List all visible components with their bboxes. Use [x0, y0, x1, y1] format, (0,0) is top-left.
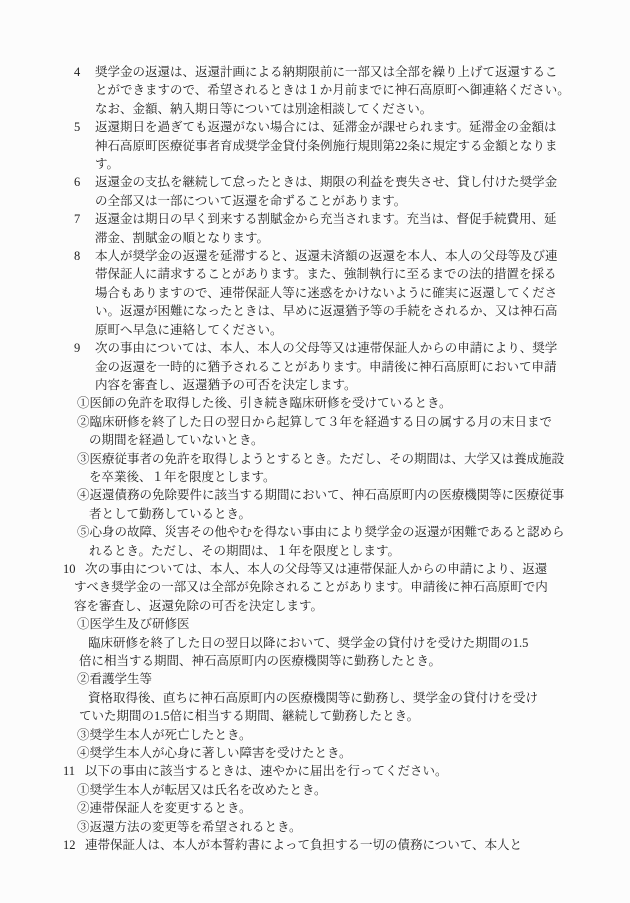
item-7: 7返還金は期日の早く到来する割賦金から充当されます。充当は、督促手続費用、延 滞…	[63, 210, 575, 247]
item-4: 4奨学金の返還は、返還計画による納期限前に一部又は全部を繰り上げて返還するこ と…	[63, 63, 575, 118]
clause-text: ②連帯保証人を変更するとき。	[77, 801, 252, 815]
clause-text: 次の事由については、本人、本人の父母等又は連帯保証人からの申請により、返還 すべ…	[74, 562, 548, 613]
clause-text: 臨床研修を終了した日の翌日以降において、奨学金の貸付けを受けた期間の1.5 倍に…	[79, 636, 528, 668]
item-number: 6	[63, 173, 95, 191]
clause: ①医師の免許を取得した後、引き続き臨床研修を受けているとき。	[63, 394, 575, 412]
clause-text: ①医師の免許を取得した後、引き続き臨床研修を受けているとき。	[77, 396, 452, 410]
clause-text: ②臨床研修を終了した日の翌日から起算して３年を経過する日の属する月の末日まで の…	[77, 415, 552, 447]
clause: ③返還方法の変更等を希望されるとき。	[63, 818, 575, 836]
item-number: 9	[63, 339, 95, 357]
clause: ①医学生及び研修医	[63, 615, 575, 633]
clause: ④返還債務の免除要件に該当する期間において、神石高原町内の医療機関等に医療従事 …	[63, 486, 575, 523]
clause-text: ④返還債務の免除要件に該当する期間において、神石高原町内の医療機関等に医療従事 …	[77, 488, 564, 520]
clause-text: ②看護学生等	[77, 672, 152, 686]
item-11: 11以下の事由に該当するときは、速やかに届出を行ってください。	[63, 762, 575, 780]
clause: ⑤心身の故障、災害その他やむを得ない事由により奨学金の返還が困難であると認めら …	[63, 523, 575, 560]
item-5: 5返還期日を過ぎても返還がない場合には、延滞金が課せられます。延滞金の金額は 神…	[63, 118, 575, 173]
clause: ③奨学生本人が死亡したとき。	[63, 726, 575, 744]
document-page: 4奨学金の返還は、返還計画による納期限前に一部又は全部を繰り上げて返還するこ と…	[0, 0, 630, 903]
clause: ②連帯保証人を変更するとき。	[63, 799, 575, 817]
clause: 資格取得後、直ちに神石高原町内の医療機関等に勤務し、奨学金の貸付けを受け ていた…	[63, 689, 575, 726]
item-8: 8本人が奨学金の返還を延滞すると、返還未済額の返還を本人、本人の父母等及び連 帯…	[63, 247, 575, 339]
item-number: 7	[63, 210, 95, 228]
clause-text: ①医学生及び研修医	[77, 617, 190, 631]
clause-text: ⑤心身の故障、災害その他やむを得ない事由により奨学金の返還が困難であると認めら …	[77, 525, 565, 557]
item-number: 4	[63, 63, 95, 81]
clause-text: ①奨学生本人が転居又は氏名を改めたとき。	[77, 783, 327, 797]
item-12: 12連帯保証人は、本人が本誓約書によって負担する一切の債務について、本人と	[63, 836, 575, 854]
clause-text: ③奨学生本人が死亡したとき。	[77, 728, 252, 742]
clause: ②臨床研修を終了した日の翌日から起算して３年を経過する日の属する月の末日まで の…	[63, 413, 575, 450]
item-number: 12	[63, 836, 85, 854]
item-10: 10次の事由については、本人、本人の父母等又は連帯保証人からの申請により、返還 …	[63, 560, 575, 615]
clause-text: 次の事由については、本人、本人の父母等又は連帯保証人からの申請により、奨学 金の…	[95, 341, 557, 392]
clause: 臨床研修を終了した日の翌日以降において、奨学金の貸付けを受けた期間の1.5 倍に…	[63, 634, 575, 671]
item-9: 9次の事由については、本人、本人の父母等又は連帯保証人からの申請により、奨学 金…	[63, 339, 575, 394]
item-number: 5	[63, 118, 95, 136]
clause-text: 奨学金の返還は、返還計画による納期限前に一部又は全部を繰り上げて返還するこ とが…	[95, 65, 570, 116]
clause: ②看護学生等	[63, 670, 575, 688]
clause-text: 返還金の支払を継続して怠ったときは、期限の利益を喪失させ、貸し付けた奨学金 の全…	[95, 175, 557, 207]
clause: ③医療従事者の免許を取得しようとするとき。ただし、その期間は、大学又は養成施設 …	[63, 450, 575, 487]
clause-text: 資格取得後、直ちに神石高原町内の医療機関等に勤務し、奨学金の貸付けを受け ていた…	[79, 691, 538, 723]
clause-text: 本人が奨学金の返還を延滞すると、返還未済額の返還を本人、本人の父母等及び連 帯保…	[95, 249, 558, 337]
clause-text: ③返還方法の変更等を希望されるとき。	[77, 820, 302, 834]
clause: ①奨学生本人が転居又は氏名を改めたとき。	[63, 781, 575, 799]
clause: ④奨学生本人が心身に著しい障害を受けたとき。	[63, 744, 575, 762]
clause-text: ④奨学生本人が心身に著しい障害を受けたとき。	[77, 746, 352, 760]
clause-text: 返還金は期日の早く到来する割賦金から充当されます。充当は、督促手続費用、延 滞金…	[95, 212, 557, 244]
clause-text: ③医療従事者の免許を取得しようとするとき。ただし、その期間は、大学又は養成施設 …	[77, 452, 564, 484]
clause-text: 以下の事由に該当するときは、速やかに届出を行ってください。	[85, 764, 448, 778]
item-6: 6返還金の支払を継続して怠ったときは、期限の利益を喪失させ、貸し付けた奨学金 の…	[63, 173, 575, 210]
document-body: 4奨学金の返還は、返還計画による納期限前に一部又は全部を繰り上げて返還するこ と…	[63, 63, 575, 854]
item-number: 10	[63, 560, 85, 578]
item-number: 8	[63, 247, 95, 265]
item-number: 11	[63, 762, 85, 780]
clause-text: 返還期日を過ぎても返還がない場合には、延滞金が課せられます。延滞金の金額は 神石…	[95, 120, 558, 171]
clause-text: 連帯保証人は、本人が本誓約書によって負担する一切の債務について、本人と	[85, 838, 522, 852]
